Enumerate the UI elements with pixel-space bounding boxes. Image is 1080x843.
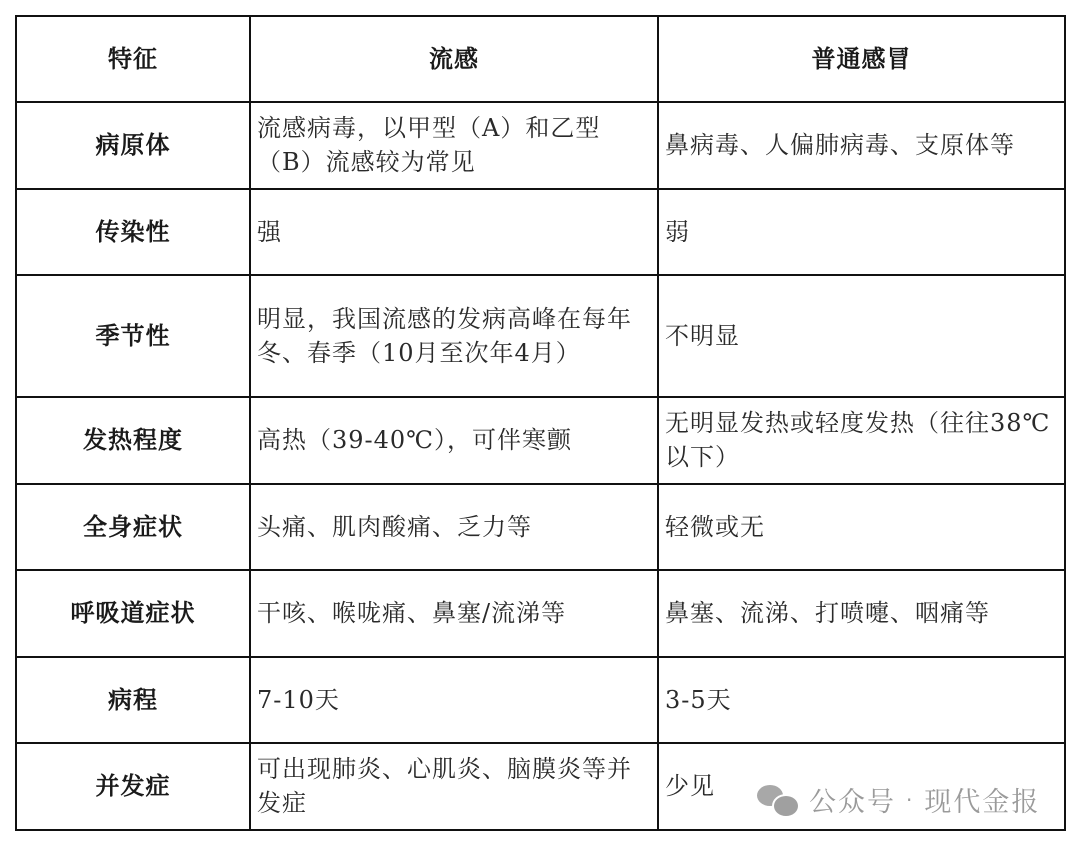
- flu-cell: 流感病毒，以甲型（A）和乙型（B）流感较为常见: [250, 102, 658, 189]
- cold-cell: 不明显: [658, 275, 1065, 397]
- header-row: 特征 流感 普通感冒: [16, 16, 1065, 102]
- watermark: 公众号 · 现代金报: [757, 780, 1040, 819]
- table-row: 病原体 流感病毒，以甲型（A）和乙型（B）流感较为常见 鼻病毒、人偏肺病毒、支原…: [16, 102, 1065, 189]
- flu-cell: 7-10天: [250, 657, 658, 744]
- watermark-account: 现代金报: [924, 780, 1040, 819]
- flu-cell: 干咳、喉咙痛、鼻塞/流涕等: [250, 570, 658, 657]
- flu-cell: 高热（39-40℃），可伴寒颤: [250, 397, 658, 484]
- flu-cell: 明显，我国流感的发病高峰在每年冬、春季（10月至次年4月）: [250, 275, 658, 397]
- cold-cell: 无明显发热或轻度发热（往往38℃以下）: [658, 397, 1065, 484]
- comparison-table: 特征 流感 普通感冒 病原体 流感病毒，以甲型（A）和乙型（B）流感较为常见 鼻…: [15, 15, 1066, 831]
- table-row: 传染性 强 弱: [16, 189, 1065, 276]
- feature-cell: 病原体: [16, 102, 250, 189]
- table-row: 季节性 明显，我国流感的发病高峰在每年冬、春季（10月至次年4月） 不明显: [16, 275, 1065, 397]
- cold-cell: 3-5天: [658, 657, 1065, 744]
- feature-cell: 传染性: [16, 189, 250, 276]
- flu-cell: 强: [250, 189, 658, 276]
- flu-cell: 可出现肺炎、心肌炎、脑膜炎等并发症: [250, 743, 658, 830]
- header-feature: 特征: [16, 16, 250, 102]
- feature-cell: 发热程度: [16, 397, 250, 484]
- cold-cell: 鼻塞、流涕、打喷嚏、咽痛等: [658, 570, 1065, 657]
- cold-cell: 弱: [658, 189, 1065, 276]
- header-cold: 普通感冒: [658, 16, 1065, 102]
- feature-cell: 季节性: [16, 275, 250, 397]
- table-row: 病程 7-10天 3-5天: [16, 657, 1065, 744]
- table-row: 全身症状 头痛、肌肉酸痛、乏力等 轻微或无: [16, 484, 1065, 571]
- watermark-prefix: 公众号: [809, 780, 896, 819]
- feature-cell: 呼吸道症状: [16, 570, 250, 657]
- cold-cell: 轻微或无: [658, 484, 1065, 571]
- cold-cell: 鼻病毒、人偏肺病毒、支原体等: [658, 102, 1065, 189]
- feature-cell: 全身症状: [16, 484, 250, 571]
- wechat-icon: [757, 783, 799, 817]
- watermark-separator: ·: [906, 788, 914, 812]
- feature-cell: 并发症: [16, 743, 250, 830]
- table-row: 发热程度 高热（39-40℃），可伴寒颤 无明显发热或轻度发热（往往38℃以下）: [16, 397, 1065, 484]
- header-flu: 流感: [250, 16, 658, 102]
- table-row: 呼吸道症状 干咳、喉咙痛、鼻塞/流涕等 鼻塞、流涕、打喷嚏、咽痛等: [16, 570, 1065, 657]
- flu-cell: 头痛、肌肉酸痛、乏力等: [250, 484, 658, 571]
- feature-cell: 病程: [16, 657, 250, 744]
